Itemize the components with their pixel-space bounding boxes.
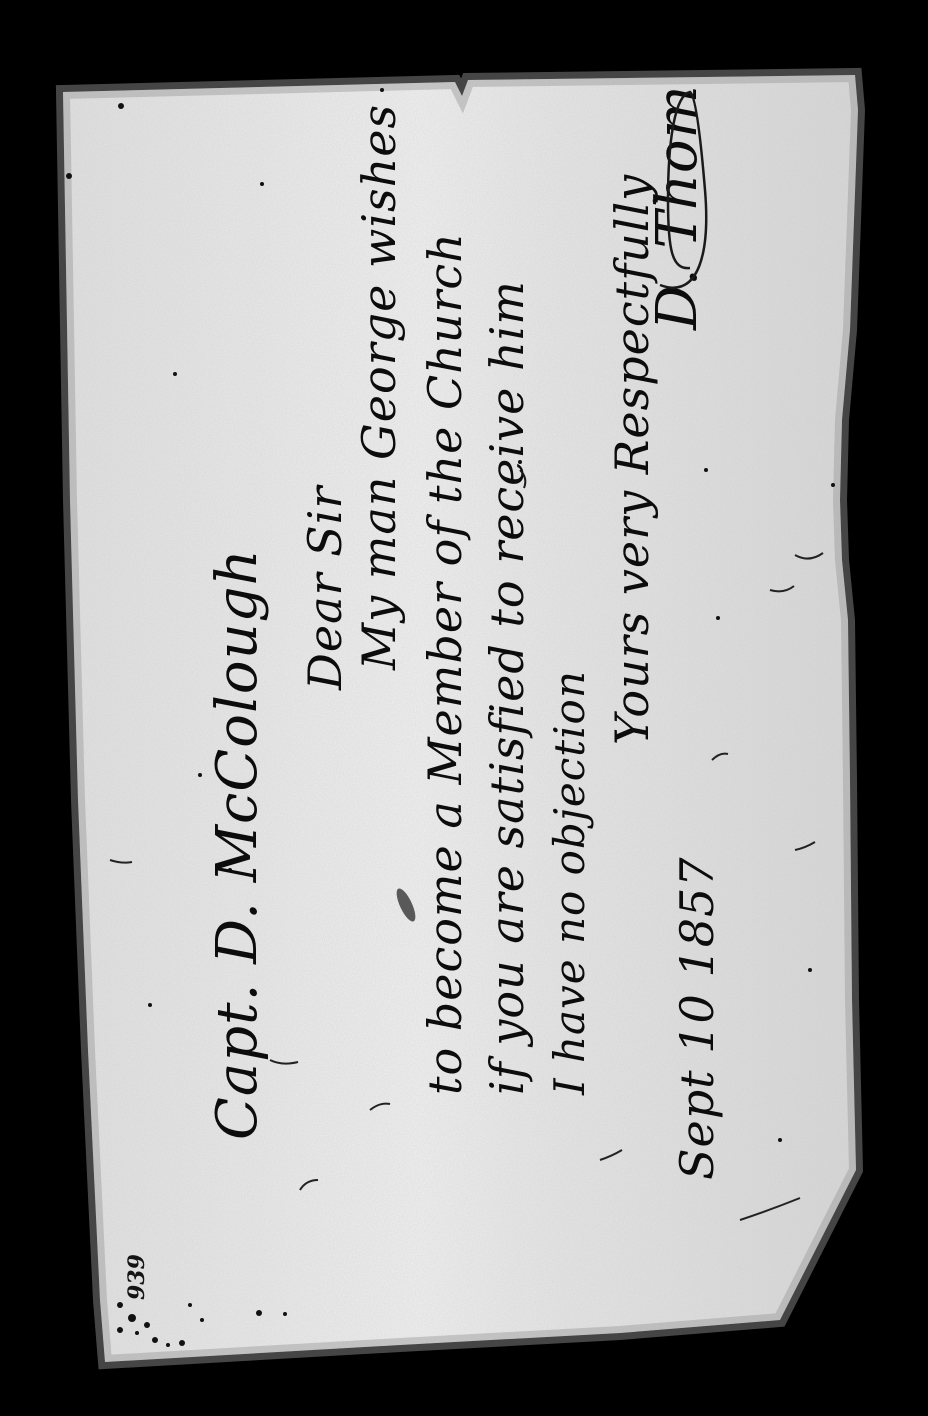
- letter-body-line-4: I have no objection: [545, 670, 594, 1095]
- letter-scan: Capt. D. McColough Dear Sir My man Georg…: [0, 0, 928, 1416]
- letter-addressee: Capt. D. McColough: [205, 548, 270, 1140]
- letter-date: Sept 10 1857: [670, 856, 724, 1180]
- letter-signature: D. Thom: [645, 84, 710, 330]
- archive-pencil-number: 939: [124, 1254, 150, 1300]
- letter-body-line-3: if you are satisfied to receive him: [480, 280, 534, 1095]
- letter-body-line-1: My man George wishes: [352, 104, 406, 670]
- letter-salutation: Dear Sir: [298, 486, 352, 690]
- letter-body-line-2: to become a Member of the Church: [418, 232, 472, 1095]
